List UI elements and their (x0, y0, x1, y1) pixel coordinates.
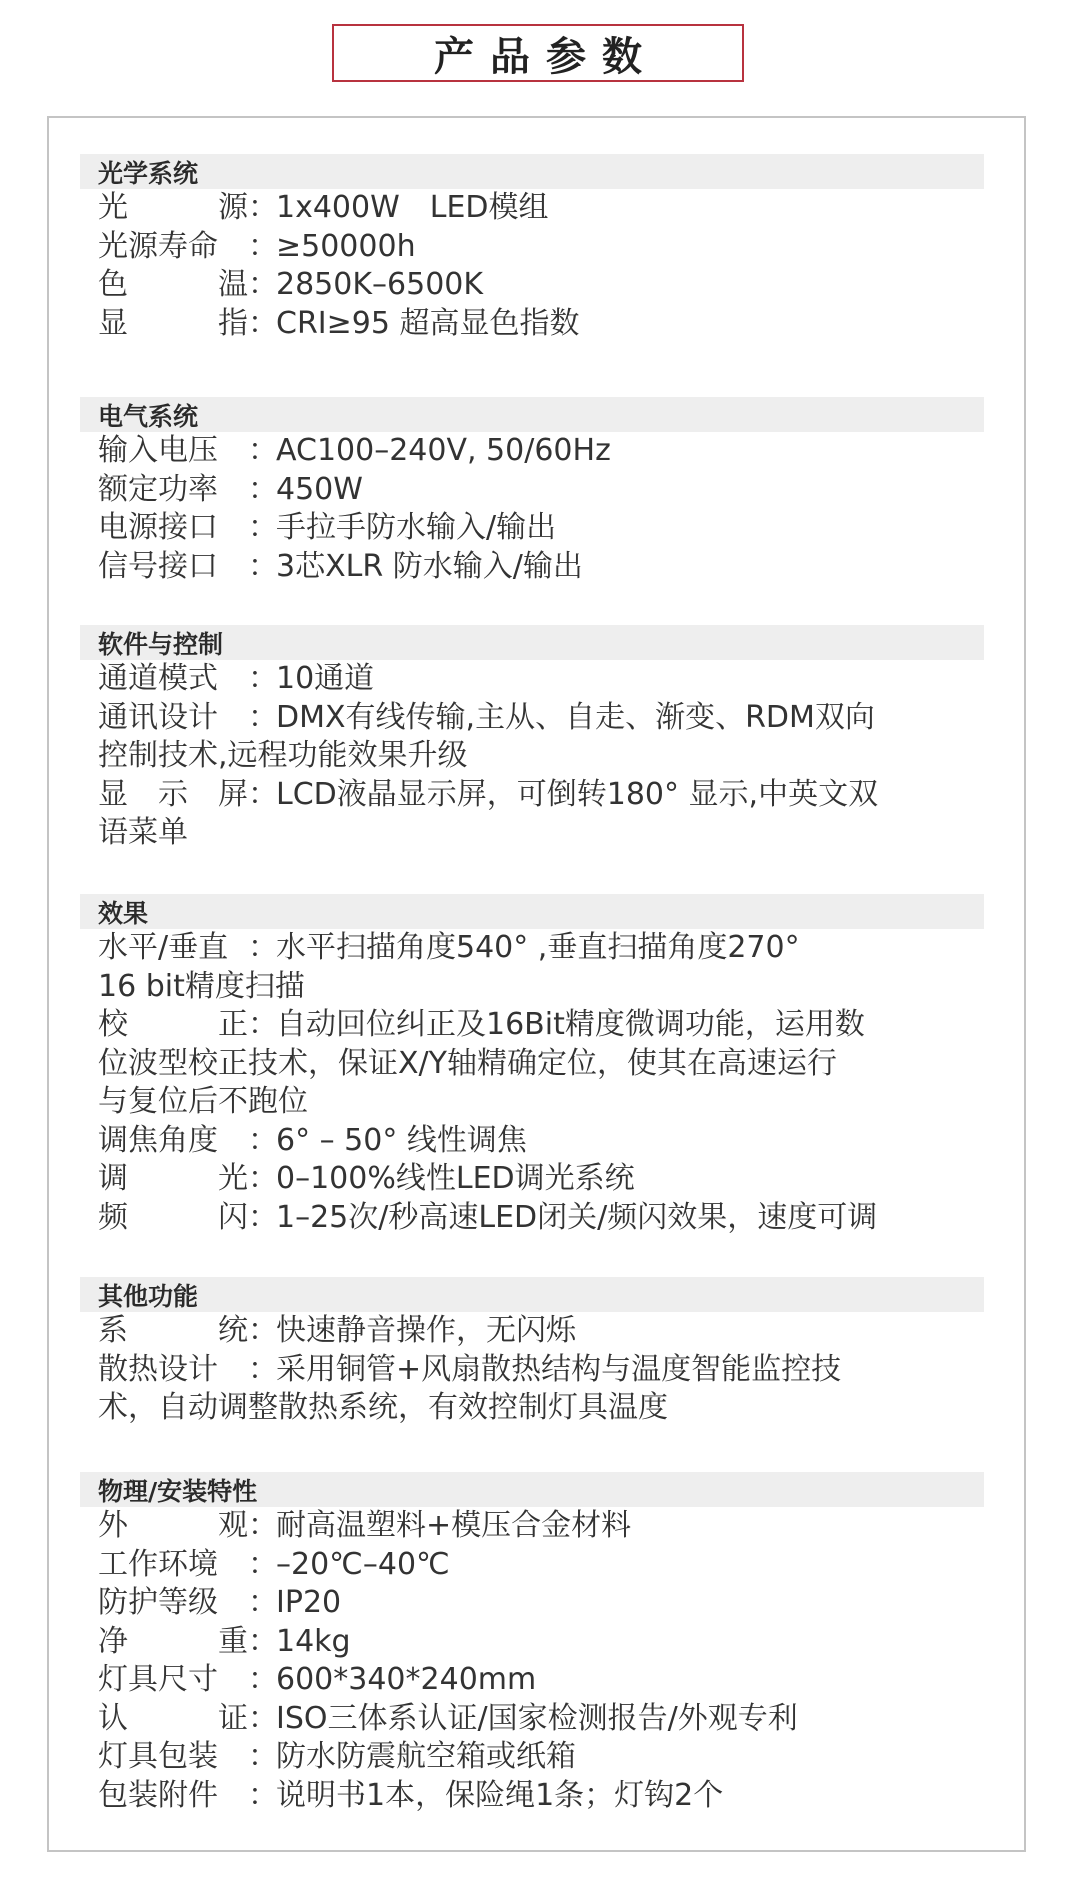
spec-row: 显示屏：LCD液晶显示屏，可倒转180° 显示,中英文双 (98, 776, 984, 815)
spec-label-part: 水平/垂直 (98, 929, 228, 968)
spec-value: 快速静音操作，无闪烁 (276, 1312, 576, 1351)
spec-label: 输入电压 (98, 432, 248, 471)
section-effects: 效果水平/垂直：水平扫描角度540° ,垂直扫描角度270°16 bit精度扫描… (80, 894, 984, 1237)
spec-label: 散热设计 (98, 1351, 248, 1390)
spec-label: 额定功率 (98, 471, 248, 510)
spec-value: CRI≥95 超高显色指数 (276, 305, 580, 344)
spec-row: 调光：0–100%线性LED调光系统 (98, 1160, 984, 1199)
spec-row: 系统：快速静音操作，无闪烁 (98, 1312, 984, 1351)
spec-colon: ： (248, 432, 276, 471)
spec-colon: ： (248, 1777, 276, 1816)
spec-label-part: 认 (98, 1700, 128, 1739)
section-electrical-system: 电气系统输入电压：AC100–240V, 50/60Hz额定功率：450W电源接… (80, 397, 984, 586)
spec-label: 外观 (98, 1507, 248, 1546)
spec-value: 0–100%线性LED调光系统 (276, 1160, 635, 1199)
spec-value: 自动回位纠正及16Bit精度微调功能，运用数 (276, 1006, 865, 1045)
spec-label: 净重 (98, 1623, 248, 1662)
section-heading: 效果 (80, 894, 148, 930)
spec-value: 14kg (276, 1623, 351, 1662)
spec-label: 色温 (98, 266, 248, 305)
spec-value: DMX有线传输,主从、自走、渐变、RDM双向 (276, 699, 875, 738)
spec-row: 16 bit精度扫描 (98, 968, 984, 1007)
spec-row: 与复位后不跑位 (98, 1083, 984, 1122)
section-heading-band: 其他功能 (80, 1277, 984, 1312)
spec-value-continuation: 语菜单 (98, 814, 188, 853)
spec-label: 包装附件 (98, 1777, 248, 1816)
spec-row: 净重：14kg (98, 1623, 984, 1662)
spec-colon: ： (248, 228, 276, 267)
spec-row: 包装附件：说明书1本，保险绳1条；灯钩2个 (98, 1777, 984, 1816)
section-heading-band: 光学系统 (80, 154, 984, 189)
spec-label-part: 系 (98, 1312, 128, 1351)
spec-label-part: 灯具尺寸 (98, 1661, 218, 1700)
section-other-functions: 其他功能系统：快速静音操作，无闪烁散热设计：采用铜管+风扇散热结构与温度智能监控… (80, 1277, 984, 1428)
spec-label: 电源接口 (98, 509, 248, 548)
spec-colon: ： (248, 1738, 276, 1777)
spec-label-part: 额定功率 (98, 471, 218, 510)
spec-label-part: 正 (218, 1006, 248, 1045)
spec-row: 散热设计：采用铜管+风扇散热结构与温度智能监控技 (98, 1351, 984, 1390)
spec-value-continuation: 控制技术,远程功能效果升级 (98, 737, 468, 776)
spec-row: 外观：耐高温塑料+模压合金材料 (98, 1507, 984, 1546)
spec-value: 耐高温塑料+模压合金材料 (276, 1507, 631, 1546)
spec-label-part: 信号接口 (98, 548, 218, 587)
spec-row: 显指：CRI≥95 超高显色指数 (98, 305, 984, 344)
section-heading-band: 软件与控制 (80, 625, 984, 660)
section-heading-band: 电气系统 (80, 397, 984, 432)
spec-value: 3芯XLR 防水输入/输出 (276, 548, 583, 587)
spec-colon: ： (248, 471, 276, 510)
spec-value: 2850K–6500K (276, 266, 483, 305)
spec-row: 防护等级：IP20 (98, 1584, 984, 1623)
spec-row: 光源寿命： ≥50000h (98, 228, 984, 267)
spec-value: –20℃–40℃ (276, 1546, 450, 1585)
spec-row: 通讯设计：DMX有线传输,主从、自走、渐变、RDM双向 (98, 699, 984, 738)
section-optical-system: 光学系统光源：1x400W LED模组光源寿命： ≥50000h色温：2850K… (80, 154, 984, 343)
spec-row: 输入电压：AC100–240V, 50/60Hz (98, 432, 984, 471)
spec-label-part: 显 (98, 305, 128, 344)
spec-label-part: 光 (98, 189, 128, 228)
spec-label-part: 校 (98, 1006, 128, 1045)
spec-row: 信号接口：3芯XLR 防水输入/输出 (98, 548, 984, 587)
section-software-control: 软件与控制通道模式：10通道通讯设计：DMX有线传输,主从、自走、渐变、RDM双… (80, 625, 984, 853)
spec-colon: ： (248, 699, 276, 738)
spec-row: 语菜单 (98, 814, 984, 853)
spec-label-part: 防护等级 (98, 1584, 218, 1623)
section-heading-band: 效果 (80, 894, 984, 929)
spec-label: 工作环境 (98, 1546, 248, 1585)
spec-colon: ： (248, 1700, 276, 1739)
spec-label-part: 统 (218, 1312, 248, 1351)
spec-colon: ： (248, 1623, 276, 1662)
spec-colon: ： (248, 509, 276, 548)
spec-value: 说明书1本，保险绳1条；灯钩2个 (276, 1777, 723, 1816)
spec-label-part: 闪 (218, 1199, 248, 1238)
spec-row: 灯具包装：防水防震航空箱或纸箱 (98, 1738, 984, 1777)
spec-row: 术，自动调整散热系统，有效控制灯具温度 (98, 1389, 984, 1428)
spec-label: 灯具包装 (98, 1738, 248, 1777)
spec-label-part: 色 (98, 266, 128, 305)
spec-colon: ： (248, 1584, 276, 1623)
spec-colon: ： (248, 1351, 276, 1390)
spec-label: 水平/垂直 (98, 929, 248, 968)
spec-value: ISO三体系认证/国家检测报告/外观专利 (276, 1700, 798, 1739)
spec-value: 手拉手防水输入/输出 (276, 509, 556, 548)
spec-label-part: 指 (218, 305, 248, 344)
spec-row: 频闪：1–25次/秒高速LED闭关/频闪效果，速度可调 (98, 1199, 984, 1238)
spec-label: 信号接口 (98, 548, 248, 587)
spec-label-part: 屏 (218, 776, 248, 815)
spec-value: LCD液晶显示屏，可倒转180° 显示,中英文双 (276, 776, 878, 815)
spec-label: 调光 (98, 1160, 248, 1199)
spec-label: 频闪 (98, 1199, 248, 1238)
spec-row: 色温：2850K–6500K (98, 266, 984, 305)
spec-row: 光源：1x400W LED模组 (98, 189, 984, 228)
spec-colon: ： (248, 548, 276, 587)
spec-colon: ： (248, 929, 276, 968)
spec-value: 600*340*240mm (276, 1661, 536, 1700)
section-heading-band: 物理/安装特性 (80, 1472, 984, 1507)
spec-value: 防水防震航空箱或纸箱 (276, 1738, 576, 1777)
spec-row: 通道模式：10通道 (98, 660, 984, 699)
spec-label-part: 通讯设计 (98, 699, 218, 738)
spec-value: 1x400W LED模组 (276, 189, 549, 228)
spec-row: 校正：自动回位纠正及16Bit精度微调功能，运用数 (98, 1006, 984, 1045)
spec-label-part: 工作环境 (98, 1546, 218, 1585)
spec-row: 水平/垂直：水平扫描角度540° ,垂直扫描角度270° (98, 929, 984, 968)
spec-label-part: 调焦角度 (98, 1122, 218, 1161)
spec-colon: ： (248, 776, 276, 815)
spec-row: 认证：ISO三体系认证/国家检测报告/外观专利 (98, 1700, 984, 1739)
section-physical-installation: 物理/安装特性外观：耐高温塑料+模压合金材料工作环境：–20℃–40℃防护等级：… (80, 1472, 984, 1815)
spec-label: 光源寿命 (98, 228, 248, 267)
spec-row: 控制技术,远程功能效果升级 (98, 737, 984, 776)
spec-label-part: 外 (98, 1507, 128, 1546)
spec-colon: ： (248, 305, 276, 344)
spec-label: 灯具尺寸 (98, 1661, 248, 1700)
spec-value: 水平扫描角度540° ,垂直扫描角度270° (276, 929, 800, 968)
spec-label-part: 重 (218, 1623, 248, 1662)
spec-label-part: 证 (218, 1700, 248, 1739)
spec-value: 6° – 50° 线性调焦 (276, 1122, 527, 1161)
spec-value: 1–25次/秒高速LED闭关/频闪效果，速度可调 (276, 1199, 877, 1238)
spec-row: 额定功率：450W (98, 471, 984, 510)
spec-label-part: 包装附件 (98, 1777, 218, 1816)
spec-label: 调焦角度 (98, 1122, 248, 1161)
spec-label-part: 观 (218, 1507, 248, 1546)
spec-label-part: 光 (218, 1160, 248, 1199)
section-heading: 软件与控制 (80, 625, 223, 661)
spec-row: 调焦角度：6° – 50° 线性调焦 (98, 1122, 984, 1161)
spec-value: IP20 (276, 1584, 341, 1623)
spec-colon: ： (248, 1661, 276, 1700)
spec-label: 防护等级 (98, 1584, 248, 1623)
spec-value-continuation: 位波型校正技术，保证X/Y轴精确定位，使其在高速运行 (98, 1045, 837, 1084)
spec-label-part: 显 (98, 776, 128, 815)
spec-label-part: 光源寿命 (98, 228, 218, 267)
spec-colon: ： (248, 1507, 276, 1546)
section-heading: 光学系统 (80, 154, 198, 190)
spec-value-continuation: 术，自动调整散热系统，有效控制灯具温度 (98, 1389, 668, 1428)
spec-row: 工作环境：–20℃–40℃ (98, 1546, 984, 1585)
spec-colon: ： (248, 266, 276, 305)
spec-label: 系统 (98, 1312, 248, 1351)
spec-label: 认证 (98, 1700, 248, 1739)
spec-label-part: 频 (98, 1199, 128, 1238)
spec-label: 光源 (98, 189, 248, 228)
spec-value-continuation: 与复位后不跑位 (98, 1083, 308, 1122)
spec-colon: ： (248, 1160, 276, 1199)
spec-label: 通道模式 (98, 660, 248, 699)
spec-label-part: 散热设计 (98, 1351, 218, 1390)
spec-value: ≥50000h (276, 228, 416, 267)
spec-value: 采用铜管+风扇散热结构与温度智能监控技 (276, 1351, 841, 1390)
spec-value: AC100–240V, 50/60Hz (276, 432, 611, 471)
spec-label: 通讯设计 (98, 699, 248, 738)
section-heading: 电气系统 (80, 397, 198, 433)
spec-value: 450W (276, 471, 363, 510)
spec-label-part: 输入电压 (98, 432, 218, 471)
spec-label-part: 灯具包装 (98, 1738, 218, 1777)
spec-row: 灯具尺寸：600*340*240mm (98, 1661, 984, 1700)
spec-row: 位波型校正技术，保证X/Y轴精确定位，使其在高速运行 (98, 1045, 984, 1084)
spec-colon: ： (248, 660, 276, 699)
spec-value-continuation: 16 bit精度扫描 (98, 968, 305, 1007)
section-heading: 其他功能 (80, 1277, 198, 1313)
spec-colon: ： (248, 189, 276, 228)
spec-label: 显示屏 (98, 776, 248, 815)
section-heading: 物理/安装特性 (80, 1472, 257, 1508)
spec-row: 电源接口：手拉手防水输入/输出 (98, 509, 984, 548)
spec-label-part: 电源接口 (98, 509, 218, 548)
spec-label: 校正 (98, 1006, 248, 1045)
spec-label-part: 示 (158, 776, 188, 815)
page-title: 产品参数 (434, 25, 658, 82)
spec-label: 显指 (98, 305, 248, 344)
spec-colon: ： (248, 1199, 276, 1238)
spec-label-part: 通道模式 (98, 660, 218, 699)
page-title-box: 产品参数 (332, 24, 744, 82)
spec-label-part: 源 (218, 189, 248, 228)
spec-label-part: 净 (98, 1623, 128, 1662)
spec-value: 10通道 (276, 660, 374, 699)
spec-label-part: 调 (98, 1160, 128, 1199)
spec-colon: ： (248, 1546, 276, 1585)
spec-colon: ： (248, 1122, 276, 1161)
spec-colon: ： (248, 1006, 276, 1045)
spec-label-part: 温 (218, 266, 248, 305)
spec-colon: ： (248, 1312, 276, 1351)
